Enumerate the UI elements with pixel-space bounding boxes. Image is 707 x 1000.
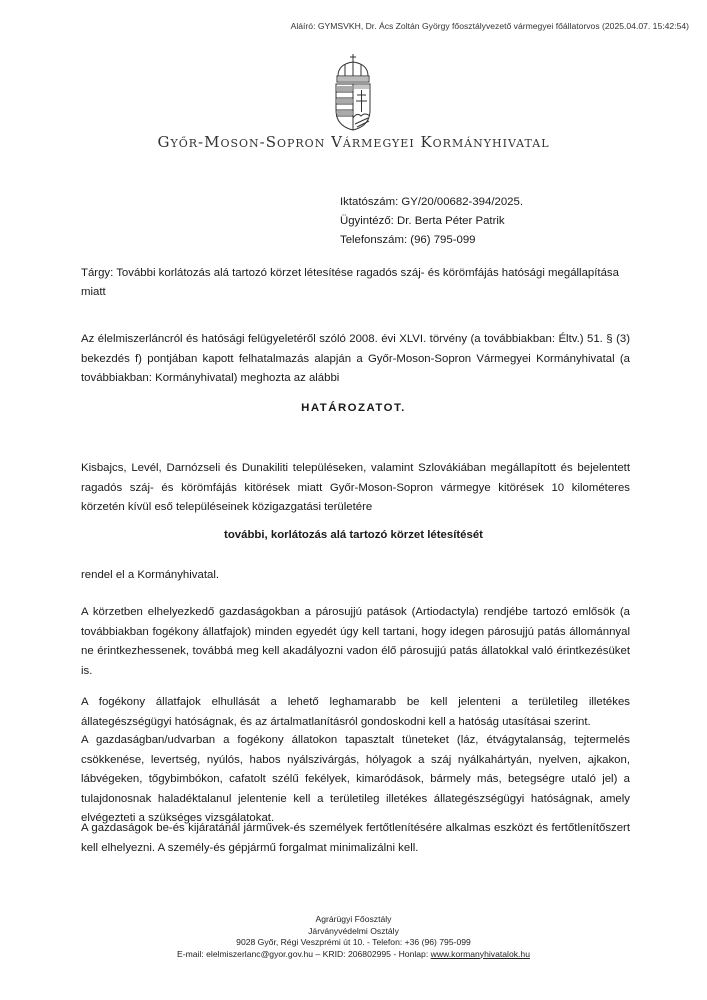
disinfection-paragraph: A gazdaságok be-és kijáratánál járművek-… xyxy=(81,819,630,858)
office-name: Győr-Moson-Sopron Vármegyei Kormányhivat… xyxy=(0,133,707,151)
footer-unit: Járványvédelmi Osztály xyxy=(0,926,707,938)
legal-basis-paragraph: Az élelmiszerláncról és hatósági felügye… xyxy=(81,330,630,389)
symptoms-reporting-paragraph: A gazdaságban/udvarban a fogékony állato… xyxy=(81,731,630,829)
hungarian-coat-of-arms-icon xyxy=(328,52,378,132)
filing-number: Iktatószám: GY/20/00682-394/2025. xyxy=(340,193,523,212)
website-link[interactable]: www.kormanyhivatalok.hu xyxy=(431,949,530,959)
subject-line: Tárgy: További korlátozás alá tartozó kö… xyxy=(81,264,641,302)
footer-contact-text: E-mail: elelmiszerlanc@gyor.gov.hu – KRI… xyxy=(177,949,431,959)
ordered-by-line: rendel el a Kormányhivatal. xyxy=(81,566,630,586)
footer-department: Agrárügyi Főosztály xyxy=(0,914,707,926)
footer: Agrárügyi Főosztály Járványvédelmi Osztá… xyxy=(0,914,707,960)
footer-contact: E-mail: elelmiszerlanc@gyor.gov.hu – KRI… xyxy=(0,949,707,961)
phone-number: Telefonszám: (96) 795-099 xyxy=(340,231,523,250)
case-officer: Ügyintéző: Dr. Berta Péter Patrik xyxy=(340,212,523,231)
footer-address: 9028 Győr, Régi Veszprémi út 10. - Telef… xyxy=(0,937,707,949)
scope-paragraph: Kisbajcs, Levél, Darnózseli és Dunakilit… xyxy=(81,459,630,518)
digital-signature-line: Aláíró: GYMSVKH, Dr. Ács Zoltán György f… xyxy=(291,21,689,31)
animal-keeping-paragraph: A körzetben elhelyezkedő gazdaságokban a… xyxy=(81,603,630,681)
decision-heading: HATÁROZATOT. xyxy=(0,402,707,414)
reference-block: Iktatószám: GY/20/00682-394/2025. Ügyint… xyxy=(340,193,523,250)
decision-statement: további, korlátozás alá tartozó körzet l… xyxy=(0,529,707,541)
deaths-reporting-paragraph: A fogékony állatfajok elhullását a lehet… xyxy=(81,693,630,732)
